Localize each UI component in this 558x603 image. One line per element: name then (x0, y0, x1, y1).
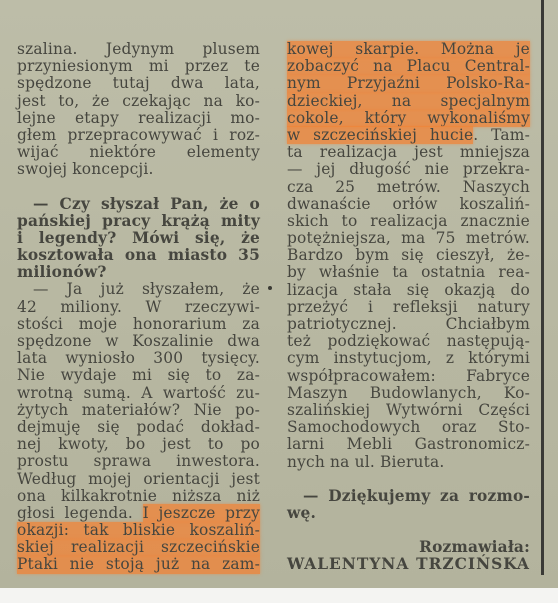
highlighted-text: okazji: tak bliskie koszaliń- (17, 522, 260, 539)
text-line: Rozmawiała: (287, 539, 530, 556)
text-line: nych na ul. Bieruta. (287, 454, 530, 471)
text-line: — Dziękujemy za rozmo- (287, 488, 530, 505)
text-line: larni Mebli Gastronomicz- (287, 436, 530, 453)
paragraph-gap (17, 179, 260, 196)
column-rule (541, 0, 544, 575)
text-line: — jej długość nie przekra- (287, 161, 530, 178)
right-column: kowej skarpie. Można jezobaczyć na Placu… (287, 41, 530, 573)
text-line: kowej skarpie. Można je (287, 41, 530, 58)
text-line: lizacja stała się okazją do (287, 282, 530, 299)
text-line: swojej koncepcji. (17, 161, 260, 178)
text-line: lejne etapy realizacji mo- (17, 110, 260, 127)
text-line: prostu sprawa inwestora. (17, 453, 260, 470)
text-line: nym Przyjaźni Polsko-Ra- (287, 75, 530, 92)
highlighted-text: kowej skarpie. Można je (287, 41, 530, 58)
text-line: Nie wydaje mi się to za- (17, 367, 260, 384)
text-line: zobaczyć na Placu Central- (287, 58, 530, 75)
text-line: — Czy słyszał Pan, że o (17, 196, 260, 213)
text-line: pańskiej pracy krążą mity (17, 213, 260, 230)
highlighted-text: skiej realizacji szczecińskie (17, 539, 260, 556)
highlighted-text: cokole, który wykonaliśmy (287, 110, 530, 127)
text-line: by właśnie ta ostatnia rea- (287, 264, 530, 281)
text-line: przeżyć i refleksji natury (287, 299, 530, 316)
text-line: milionów? (17, 264, 260, 281)
highlighted-text: zobaczyć na Placu Central- (287, 58, 530, 75)
text-line: głosi legenda. I jeszcze przy (17, 505, 260, 522)
highlighted-text: Ptaki nie stoją już na zam- (17, 556, 260, 573)
text-line: 42 miliony. W rzeczywi- (17, 299, 260, 316)
text-line: Maszyn Budowlanych, Ko- (287, 385, 530, 402)
text-line: szalina. Jedynym plusem (17, 41, 260, 58)
text-line: i legendy? Mówi się, że (17, 230, 260, 247)
newspaper-clipping: szalina. Jedynym plusemprzyniesionym mi … (0, 0, 558, 588)
page-margin (0, 588, 558, 603)
highlighted-text: nym Przyjaźni Polsko-Ra- (287, 75, 530, 92)
plain-text: . Tam- (473, 126, 530, 144)
paragraph-gap (287, 471, 530, 488)
text-line: w szczecińskiej hucie. Tam- (287, 127, 530, 144)
text-line: kosztowała ona miasto 35 (17, 247, 260, 264)
text-line: cokole, który wykonaliśmy (287, 110, 530, 127)
text-line: — Ja już słyszałem, że (17, 281, 260, 298)
text-line: ta realizacja jest mniejsza (287, 144, 530, 161)
text-line: skich to realizacja znacznie (287, 213, 530, 230)
highlighted-text: w szczecińskiej hucie (287, 126, 473, 144)
text-line: nej kwoty, bo jest to po (17, 436, 260, 453)
text-line: cza 25 metrów. Naszych (287, 179, 530, 196)
text-line: skiej realizacji szczecińskie (17, 539, 260, 556)
text-line: Według mojej orientacji jest (17, 471, 260, 488)
text-line: lata wyniosło 300 tysięcy. (17, 350, 260, 367)
text-line: współpracowałem: Fabryce (287, 368, 530, 385)
text-line: dwanaście orłów koszaliń- (287, 196, 530, 213)
text-line: szalińskiej Wytwórni Części (287, 402, 530, 419)
text-line: Bardzo bym się cieszył, że- (287, 247, 530, 264)
text-line: Ptaki nie stoją już na zam- (17, 556, 260, 573)
text-line: WALENTYNA TRZCIŃSKA (287, 556, 530, 573)
text-line: okazji: tak bliskie koszaliń- (17, 522, 260, 539)
text-line: wijać niektóre elementy (17, 144, 260, 161)
text-line: przyniesionym mi przez te (17, 58, 260, 75)
paragraph-gap (287, 522, 530, 539)
text-line: wę. (287, 505, 530, 522)
text-line: patriotycznej. Chciałbym (287, 316, 530, 333)
text-line: głem przepracowywać i roz- (17, 127, 260, 144)
print-speck (268, 286, 272, 290)
text-line: jest to, że czekając na ko- (17, 93, 260, 110)
text-line: też podziękować następują- (287, 333, 530, 350)
text-line: stości moje honorarium za (17, 316, 260, 333)
text-line: Samochodowych oraz Sto- (287, 419, 530, 436)
text-line: dzieckiej, na specjalnym (287, 93, 530, 110)
left-column: szalina. Jedynym plusemprzyniesionym mi … (17, 41, 260, 574)
text-line: wrotną sumą. A wartość zu- (17, 385, 260, 402)
text-line: spędzone w Koszalinie dwa (17, 333, 260, 350)
plain-text: głosi legenda. (17, 504, 143, 522)
text-line: żytych materiałów? Nie po- (17, 402, 260, 419)
highlighted-text: I jeszcze przy (143, 504, 260, 522)
highlighted-text: dzieckiej, na specjalnym (287, 93, 530, 110)
text-line: spędzone tutaj dwa lata, (17, 75, 260, 92)
text-line: ona kilkakrotnie niższa niż (17, 488, 260, 505)
text-line: dejmuję się podać dokład- (17, 419, 260, 436)
text-line: potężniejsza, ma 75 metrów. (287, 230, 530, 247)
text-line: cym instytucjom, z którymi (287, 350, 530, 367)
